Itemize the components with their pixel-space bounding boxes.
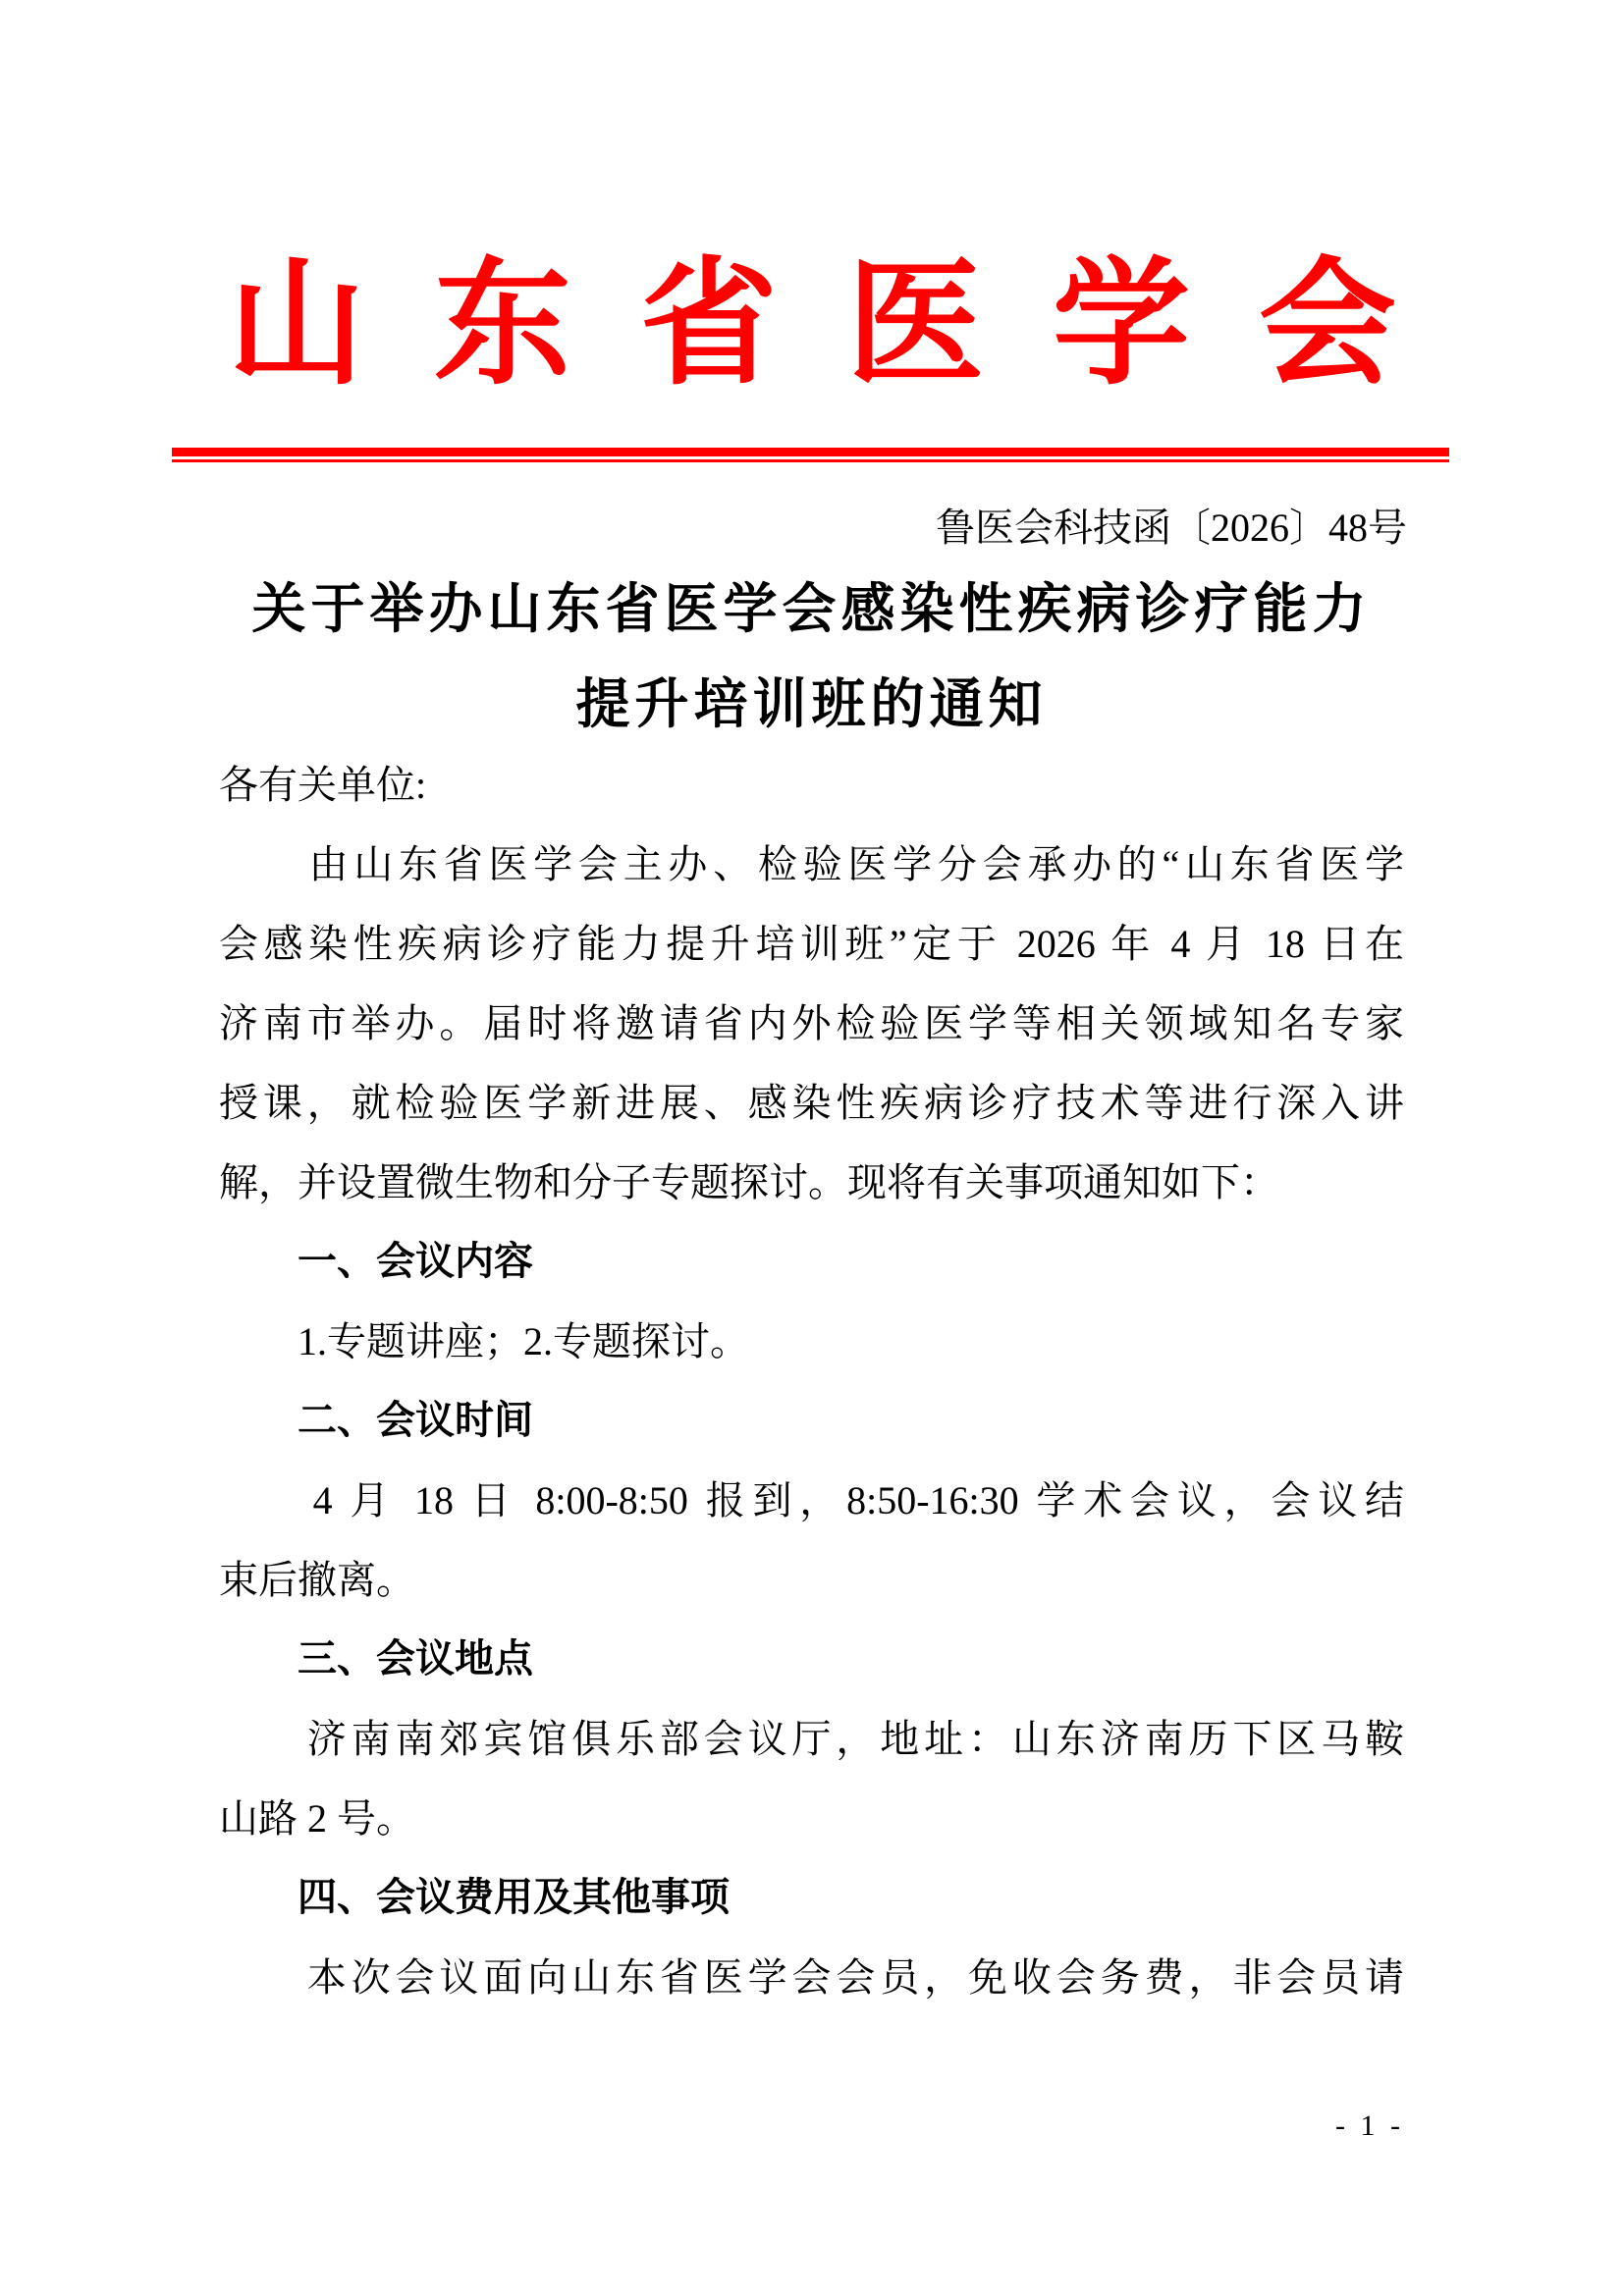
red-divider-rule bbox=[172, 448, 1449, 462]
body-line: 各有关单位: bbox=[219, 745, 1404, 825]
body-line: 济南南郊宾馆俱乐部会议厅，地址：山东济南历下区马鞍 bbox=[219, 1699, 1404, 1779]
body-line: 解，并设置微生物和分子专题探讨。现将有关事项通知如下： bbox=[219, 1143, 1404, 1222]
body-line: 4 月 18 日 8:00-8:50 报到，8:50-16:30 学术会议，会议… bbox=[219, 1461, 1404, 1540]
document-body: 各有关单位: 由山东省医学会主办、检验医学分会承办的“山东省医学会感染性疾病诊疗… bbox=[219, 745, 1404, 2017]
body-line: 1.专题讲座；2.专题探讨。 bbox=[219, 1302, 1404, 1381]
body-line: 束后撤离。 bbox=[219, 1540, 1404, 1620]
page-number: - 1 - bbox=[1335, 2109, 1404, 2144]
document-page: 山东省医学会 鲁医会科技函〔2026〕48号 关于举办山东省医学会感染性疾病诊疗… bbox=[0, 0, 1624, 2296]
body-line: 二、会议时间 bbox=[219, 1381, 1404, 1461]
body-line: 授课，就检验医学新进展、感染性疾病诊疗技术等进行深入讲 bbox=[219, 1063, 1404, 1143]
body-line: 三、会议地点 bbox=[219, 1620, 1404, 1699]
document-title-line1: 关于举办山东省医学会感染性疾病诊疗能力 bbox=[219, 561, 1404, 657]
body-line: 济南市举办。届时将邀请省内外检验医学等相关领域知名专家 bbox=[219, 984, 1404, 1063]
document-title-line2: 提升培训班的通知 bbox=[219, 657, 1404, 752]
document-number: 鲁医会科技函〔2026〕48号 bbox=[936, 503, 1407, 554]
body-line: 由山东省医学会主办、检验医学分会承办的“山东省医学 bbox=[219, 825, 1404, 904]
body-line: 四、会议费用及其他事项 bbox=[219, 1858, 1404, 1938]
body-line: 山路 2 号。 bbox=[219, 1779, 1404, 1858]
body-line: 会感染性疾病诊疗能力提升培训班”定于 2026 年 4 月 18 日在 bbox=[219, 904, 1404, 984]
document-title: 关于举办山东省医学会感染性疾病诊疗能力 提升培训班的通知 bbox=[219, 561, 1404, 752]
body-line: 一、会议内容 bbox=[219, 1222, 1404, 1302]
org-name-header: 山东省医学会 bbox=[0, 257, 1624, 395]
body-line: 本次会议面向山东省医学会会员，免收会务费，非会员请 bbox=[219, 1938, 1404, 2017]
